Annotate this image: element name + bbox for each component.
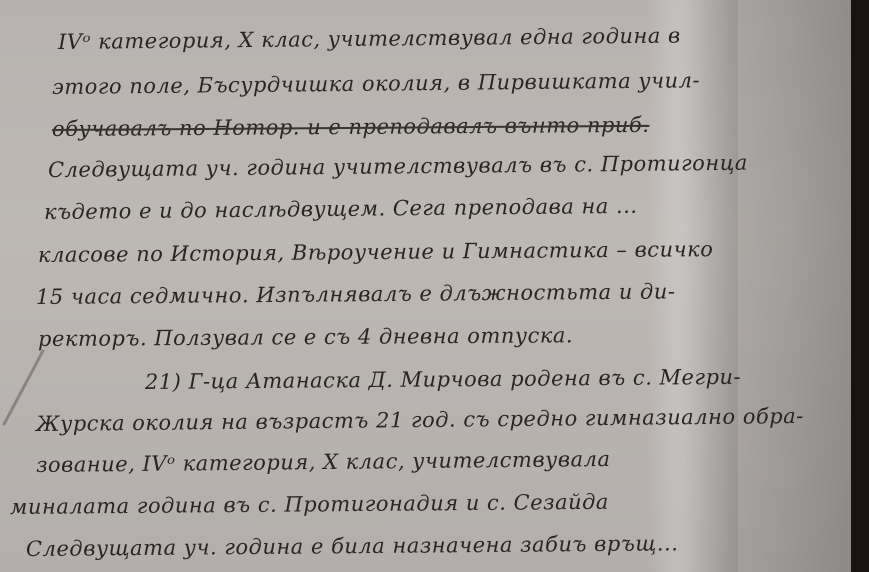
text-line-1: IVᵒ категория, X клас, учителствувал едн… [58,23,681,54]
document-photo: IVᵒ категория, X клас, учителствувал едн… [0,0,851,572]
text-line-6: класове по История, Вѣроучение и Гимнаст… [38,237,713,267]
text-line-5: където е и до наслѣдвущем. Сега преподав… [44,194,638,224]
text-line-3-struck: обучавалъ по Нотор. и е преподавалъ вънт… [52,113,650,141]
text-line-4: Следвущата уч. година учителствувалъ въ … [48,151,748,182]
text-line-2: этого поле, Бъсурдчишка околия, в Пирвиш… [52,68,700,99]
text-line-8: ректоръ. Ползувал се е съ 4 дневна отпус… [38,323,573,351]
text-line-7: 15 часа седмично. Изпълнявалъ е длъжност… [36,279,676,309]
text-line-11: зование, IVᵒ категория, X клас, учителст… [36,447,611,477]
text-line-12: миналата година въ с. Протигонадия и с. … [10,490,609,519]
dark-background-edge [851,0,869,572]
text-line-13: Следвущата уч. година е била назначена з… [26,531,679,561]
